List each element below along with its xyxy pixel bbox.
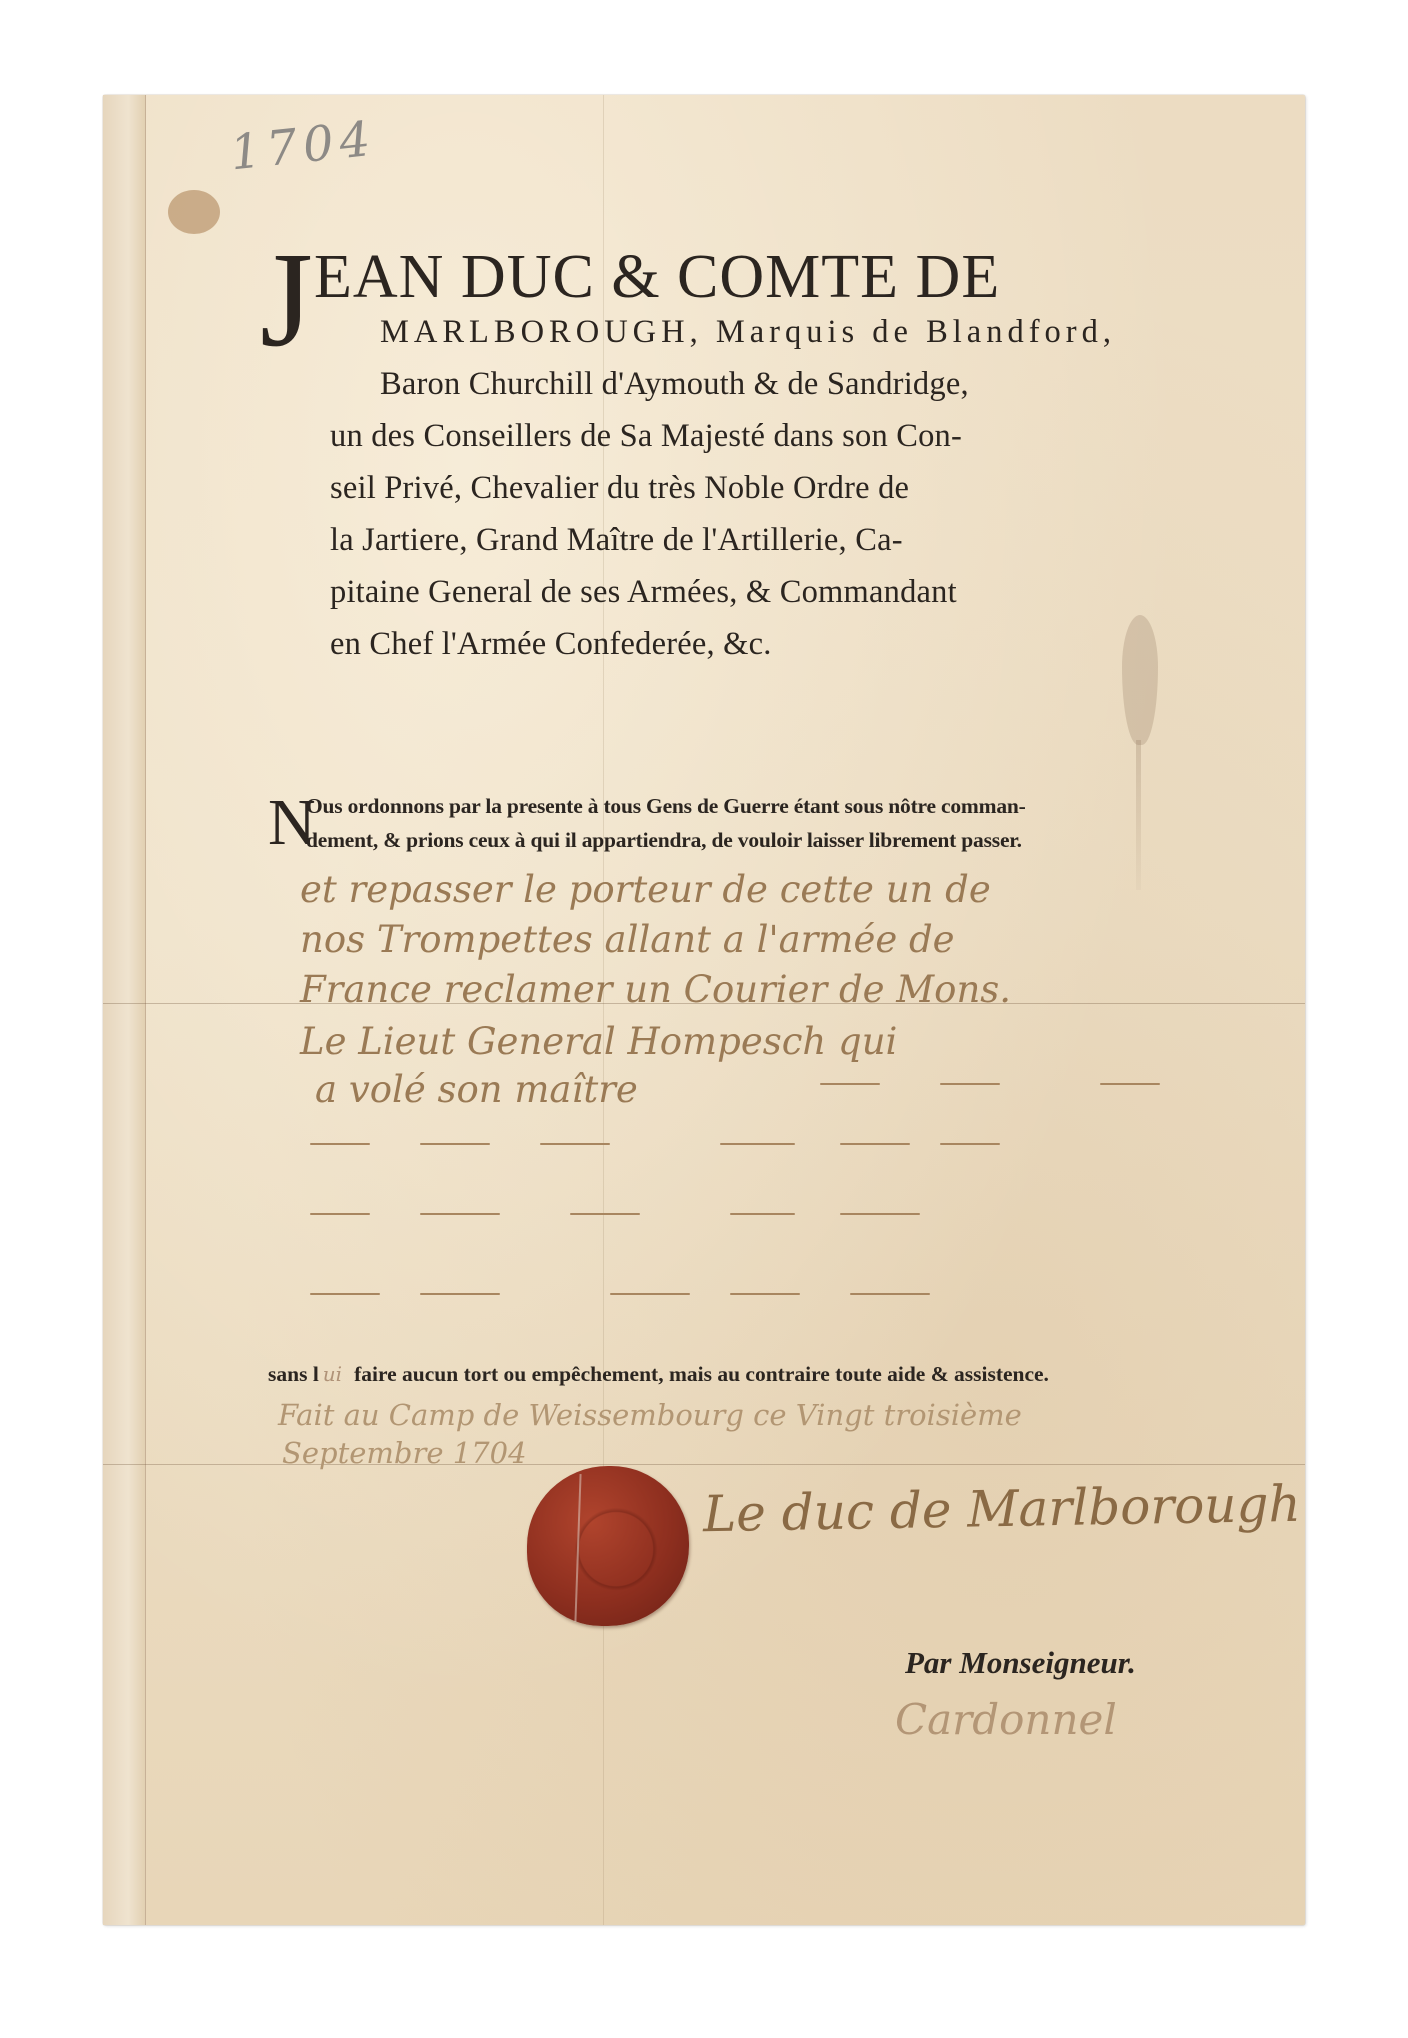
manuscript-line: Le Lieut General Hompesch qui [300, 1020, 897, 1063]
title-line: la Jartiere, Grand Maître de l'Artilleri… [330, 522, 903, 559]
title-line: en Chef l'Armée Confederée, &c. [330, 626, 772, 663]
title-line: MARLBOROUGH, Marquis de Blandford, [380, 314, 1116, 351]
date-line: Septembre 1704 [282, 1436, 527, 1470]
title-line: EAN DUC & COMTE DE [314, 242, 1000, 313]
manuscript-line: France reclamer un Courier de Mons. [300, 968, 1011, 1011]
signature: Le duc de Marlborough [703, 1475, 1302, 1543]
title-line: un des Conseillers de Sa Majesté dans so… [330, 418, 962, 455]
stain [168, 190, 220, 234]
manuscript-line: nos Trompettes allant a l'armée de [300, 918, 955, 961]
title-line: pitaine General de ses Armées, & Command… [330, 574, 957, 611]
closing-prefix: sans l [268, 1362, 319, 1386]
order-line: Ous ordonnons par la presente à tous Gen… [306, 794, 1026, 819]
order-line: dement, & prions ceux à qui il appartien… [306, 828, 1022, 853]
closing-suffix: faire aucun tort ou empêchement, mais au… [354, 1362, 1049, 1386]
manuscript-line: et repasser le porteur de cette un de [300, 868, 991, 911]
countersign-label: Par Monseigneur. [905, 1645, 1136, 1681]
closing-inserted: ui [319, 1362, 354, 1386]
filler-dashes [310, 1205, 1190, 1225]
title-line: Baron Churchill d'Aymouth & de Sandridge… [380, 366, 969, 403]
printed-closing: sans luifaire aucun tort ou empêchement,… [268, 1362, 1049, 1387]
filler-dashes [310, 1135, 1190, 1155]
wax-seal [527, 1466, 689, 1626]
seal-crack [574, 1474, 581, 1622]
title-line: seil Privé, Chevalier du très Noble Ordr… [330, 470, 909, 507]
countersignature: Cardonnel [895, 1695, 1117, 1744]
title-dropcap: J [260, 232, 313, 368]
stain [1136, 740, 1141, 890]
filler-dashes [310, 1285, 1190, 1305]
binding-edge [103, 95, 146, 1925]
date-line: Fait au Camp de Weissembourg ce Vingt tr… [278, 1398, 1022, 1432]
filler-dashes [540, 1075, 1200, 1095]
